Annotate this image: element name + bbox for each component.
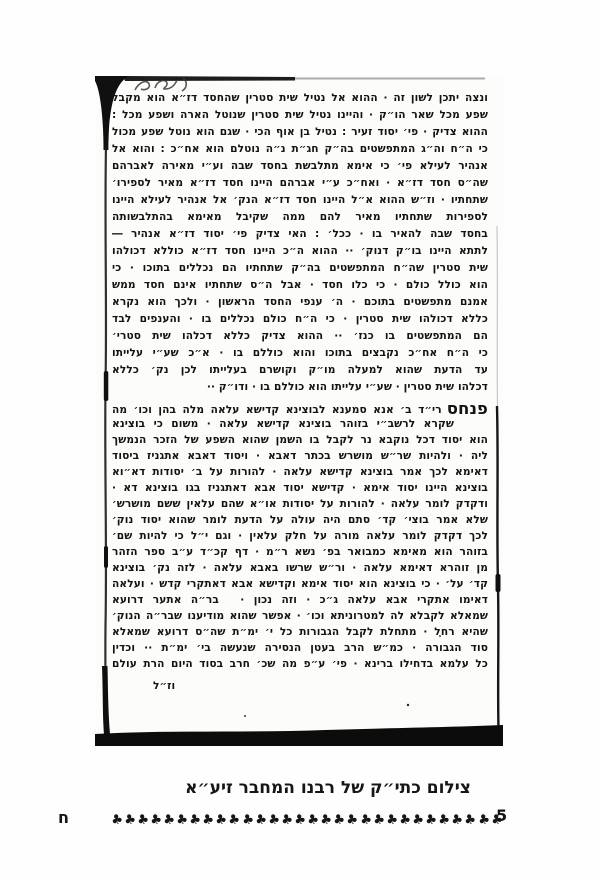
manuscript-line: הוא יסוד דכל נוקבא נר לקבל בו השמן שהוא … [112, 432, 488, 448]
manuscript-line: ההוא צדיק · פי׳ יסוד זעיר : נטיל בן אוף … [112, 124, 488, 141]
manuscript-line: שה״ס חסד דז״א · ואח״כ ע״י אברהם היינו חס… [112, 175, 488, 192]
manuscript-line: כי ה״ח וה״ג המתפשטים בה״ק חג״ת נ״ה נוטלם… [112, 141, 488, 158]
manuscript-line: שקרא לרשב״י בזוהר בוצינא קדישא עלאה · מש… [112, 416, 488, 432]
manuscript-line: שפע מכל שאר הו״ק · והיינו נטיל שית סטרין… [112, 107, 488, 124]
photo-right-edge-line [497, 406, 499, 728]
manuscript-line: בוצינא היינו יסוד אימא · קדישא יסוד אבא … [112, 480, 488, 496]
bottom-edge-band [95, 725, 503, 746]
section-drop-word: פנחס [447, 400, 488, 416]
left-edge-blob [104, 546, 108, 568]
manuscript-line: הם המתפשטים בו כנז׳ ·· ההוא צדיק כללא דכ… [112, 328, 488, 345]
right-edge-blob [496, 574, 501, 592]
manuscript-line: דאימו אתקרי אבא עלאה ג״כ · וזה נכון · בר… [112, 592, 488, 608]
manuscript-line: סוד הגבורה · כמ״ש הרב בעטן הנסירה שנעשה … [112, 640, 488, 656]
manuscript-line: בזוהר הוא מאימא כמבואר בפ׳ נשא ר״מ · דף … [112, 544, 488, 560]
manuscript-paragraph: ונצה יתכן לשון זה · ההוא אל נטיל שית סטר… [112, 90, 488, 396]
manuscript-line: ליה · ולהיות שר״ש מושרש בכתר דאבא · ויסו… [112, 448, 488, 464]
photo-top-edge-mark [123, 76, 295, 81]
manuscript-line: כי ה״ח אח״כ נקבצים בתוכו והוא כוללם בו ·… [112, 345, 488, 362]
manuscript-line: שתחתיו · וז״ש ההוא א״ל היינו חסד דז״א הנ… [112, 192, 488, 209]
bottom-left-corner-mark [102, 666, 110, 734]
manuscript-line: מן זוהרא דאימא עלאה · ור״ש שרשו באבא עלא… [112, 560, 488, 576]
manuscript-line: הוא כולל כולם · כי כלו חסד · אבל ה״ס שתח… [112, 277, 488, 294]
manuscript-line: כללא דכולהו שית סטרין · כי ה״ח כולם נכלל… [112, 311, 488, 328]
manuscript-text: ונצה יתכן לשון זה · ההוא אל נטיל שית סטר… [112, 90, 488, 695]
photo-top-edge-faint-line [295, 78, 485, 80]
photo-caption: צילום כתי״ק של רבנו המחבר זיע״א [123, 778, 533, 798]
manuscript-paragraph: וז״ל [112, 678, 488, 695]
manuscript-line: ונצה יתכן לשון זה · ההוא אל נטיל שית סטר… [112, 90, 488, 107]
manuscript-line: שמאלא לקבלא לה למטרוניתא וכו׳ · אפשר שהו… [112, 608, 488, 624]
manuscript-line: כל עלמא בדחילו ברינא · פי׳ ע״פ מה שכ׳ חר… [112, 656, 488, 672]
manuscript-line: וז״ל [112, 678, 488, 695]
ornament-row: ♣♣♣♣♣♣♣♣♣♣♣♣♣♣♣♣♣♣♣♣♣♣♣♣♣♣♣♣♣♣ [110, 809, 492, 828]
manuscript-line: אמנם מתפשטים בתוכם · ה׳ ענפי החסד הראשון… [112, 294, 488, 311]
manuscript-line: שהיא רחל · מתחלת לקבל הגבורות כל י׳ ימ״ת… [112, 624, 488, 640]
page-number: 5 [496, 806, 507, 825]
printed-page: ונצה יתכן לשון זה · ההוא אל נטיל שית סטר… [0, 0, 600, 880]
signature-letter: ח [58, 808, 69, 827]
manuscript-line: לספירות שתחתיו מאיר להם ממה שקיבל מאימא … [112, 209, 488, 226]
manuscript-paragraph: פנחסרי״ד ב׳ אנא סמענא לבוצינא קדישא עלאה… [112, 400, 488, 672]
manuscript-line: דכלהו שית סטרין · שע״י עלייתו הוא כוללם … [112, 379, 488, 396]
manuscript-line: לתתא היינו בו״ק דנוק׳ ·· ההוא ה״כ היינו … [112, 243, 488, 260]
manuscript-photo: ונצה יתכן לשון זה · ההוא אל נטיל שית סטר… [95, 76, 503, 746]
manuscript-line: לכך דקדק לומר עלאה מורה על חלק עלאין · ו… [112, 528, 488, 544]
manuscript-line: פנחסרי״ד ב׳ אנא סמענא לבוצינא קדישא עלאה… [112, 400, 488, 416]
manuscript-line: עד הדעת שהוא למעלה מו״ק וקושרם בעלייתו ל… [112, 362, 488, 379]
left-edge-blob [104, 371, 109, 401]
manuscript-line: שלא אמר בוצי׳ קד׳ סתם היה עולה על הדעת ל… [112, 512, 488, 528]
manuscript-line: דאימא לכך אמר בוצינא קדישא עלאה · להורות… [112, 464, 488, 480]
manuscript-line: שית סטרין שה״ח המתפשטים בה״ק שתחתיו הם נ… [112, 260, 488, 277]
manuscript-line: בחסד שבה להאיר בו · ככל׳ : האי צדיק פי׳ … [112, 226, 488, 243]
speck [244, 715, 246, 717]
manuscript-line: אנהיר לעילא פי׳ כי אימא מתלבשת בחסד שבה … [112, 158, 488, 175]
photo-left-edge-line [105, 146, 106, 734]
manuscript-line: קד׳ על׳ · כי בוצינא הוא יסוד אימא וקדישא… [112, 576, 488, 592]
manuscript-line: ודקדק לומר עלאה · להורות על יסודות או״א … [112, 496, 488, 512]
speck [407, 704, 409, 706]
